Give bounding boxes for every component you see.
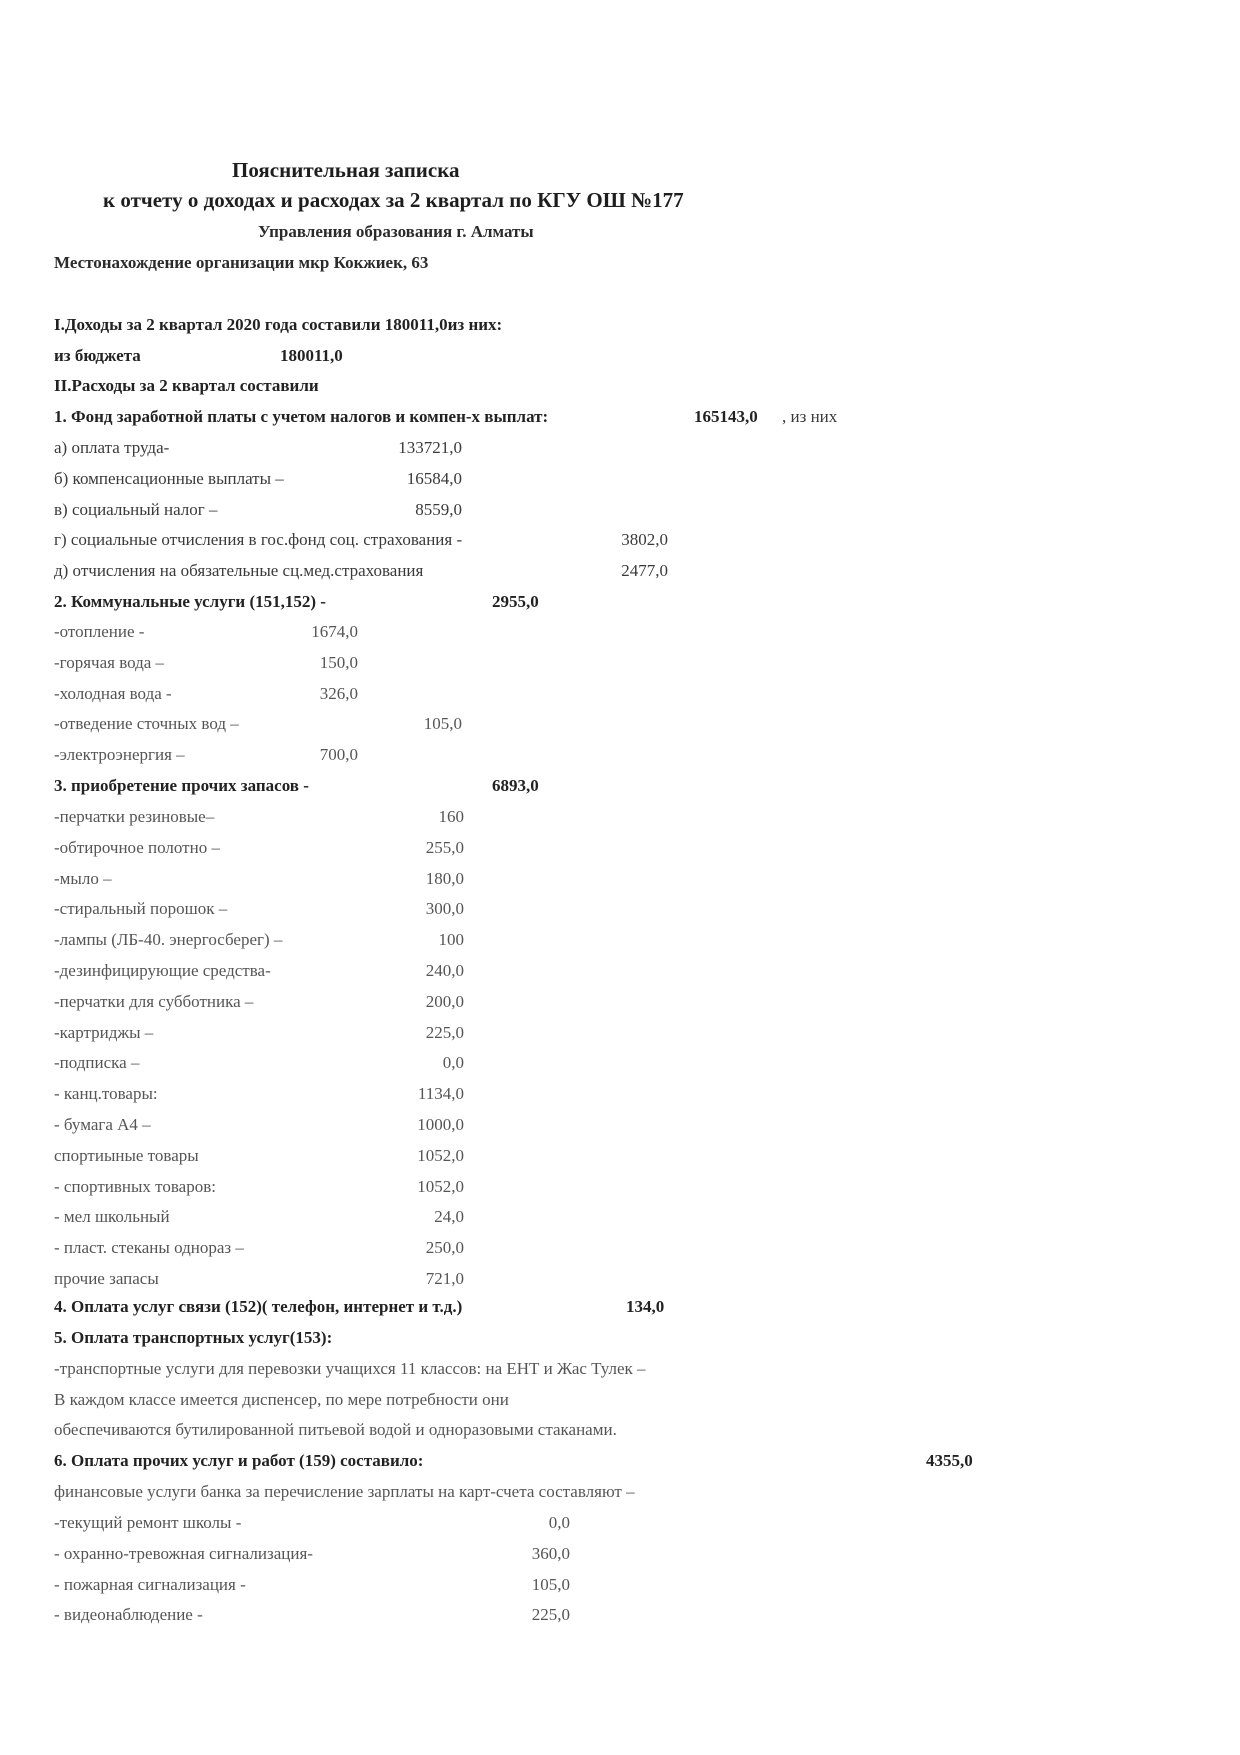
supply-item-value: 0,0 <box>443 1053 464 1073</box>
utility-item-label: -электроэнергия – <box>54 745 185 765</box>
supply-item-value: 200,0 <box>426 992 464 1012</box>
supply-item-label: -мыло – <box>54 869 112 889</box>
expenses-heading: II.Расходы за 2 квартал составили <box>54 376 319 396</box>
other-service-item-value: 225,0 <box>532 1605 570 1625</box>
utility-item-label: -отопление - <box>54 622 144 642</box>
document-subtitle: к отчету о доходах и расходах за 2 кварт… <box>103 188 684 213</box>
budget-value: 180011,0 <box>280 346 343 366</box>
utility-item-value: 105,0 <box>424 714 462 734</box>
supply-item-value: 1052,0 <box>417 1146 464 1166</box>
supplies-label: 3. приобретение прочих запасов - <box>54 776 309 796</box>
supply-item-value: 300,0 <box>426 899 464 919</box>
payroll-item-value: 133721,0 <box>398 438 462 458</box>
supply-item-label: прочие запасы <box>54 1269 159 1289</box>
department-line: Управления образования г. Алматы <box>258 222 534 242</box>
payroll-suffix: , из них <box>782 407 837 427</box>
utility-item-value: 326,0 <box>320 684 358 704</box>
supply-item-value: 250,0 <box>426 1238 464 1258</box>
other-service-item-value: 360,0 <box>532 1544 570 1564</box>
supply-item-value: 160 <box>439 807 465 827</box>
payroll-item-label: г) социальные отчисления в гос.фонд соц.… <box>54 530 462 550</box>
utilities-total: 2955,0 <box>492 592 539 612</box>
supply-item-label: -картриджы – <box>54 1023 153 1043</box>
supply-item-value: 255,0 <box>426 838 464 858</box>
other-service-item-label: - видеонаблюдение - <box>54 1605 203 1625</box>
supply-item-value: 24,0 <box>434 1207 464 1227</box>
payroll-item-value: 16584,0 <box>407 469 462 489</box>
supply-item-value: 721,0 <box>426 1269 464 1289</box>
supply-item-label: -перчатки резиновые– <box>54 807 214 827</box>
supply-item-label: -лампы (ЛБ-40. энергосберег) – <box>54 930 282 950</box>
supply-item-value: 225,0 <box>426 1023 464 1043</box>
supply-item-label: -перчатки для субботника – <box>54 992 253 1012</box>
supply-item-value: 100 <box>439 930 465 950</box>
supply-item-label: - пласт. стеканы однораз – <box>54 1238 244 1258</box>
transport-line-2: В каждом классе имеется диспенсер, по ме… <box>54 1390 509 1410</box>
utility-item-label: -холодная вода - <box>54 684 172 704</box>
budget-label: из бюджета <box>54 346 141 366</box>
transport-line-3: обеспечиваются бутилированной питьевой в… <box>54 1420 617 1440</box>
other-services-label: 6. Оплата прочих услуг и работ (159) сос… <box>54 1451 423 1471</box>
supply-item-value: 180,0 <box>426 869 464 889</box>
supply-item-value: 1134,0 <box>418 1084 464 1104</box>
document-title: Пояснительная записка <box>232 158 460 183</box>
payroll-item-label: д) отчисления на обязательные сц.мед.стр… <box>54 561 423 581</box>
other-service-item-value: 105,0 <box>532 1575 570 1595</box>
communication-label: 4. Оплата услуг связи (152)( телефон, ин… <box>54 1297 462 1317</box>
payroll-item-value: 8559,0 <box>415 500 462 520</box>
supply-item-label: -стиральный порошок – <box>54 899 227 919</box>
other-services-note: финансовые услуги банка за перечисление … <box>54 1482 635 1502</box>
income-heading: I.Доходы за 2 квартал 2020 года составил… <box>54 315 502 335</box>
utility-item-value: 150,0 <box>320 653 358 673</box>
supplies-total: 6893,0 <box>492 776 539 796</box>
supply-item-label: - спортивных товаров: <box>54 1177 216 1197</box>
supply-item-value: 240,0 <box>426 961 464 981</box>
payroll-item-label: а) оплата труда- <box>54 438 169 458</box>
payroll-item-value: 2477,0 <box>621 561 668 581</box>
location-line: Местонахождение организации мкр Кокжиек,… <box>54 253 428 273</box>
utility-item-label: -отведение сточных вод – <box>54 714 239 734</box>
supply-item-value: 1000,0 <box>417 1115 464 1135</box>
payroll-item-value: 3802,0 <box>621 530 668 550</box>
other-service-item-label: - охранно-тревожная сигнализация- <box>54 1544 313 1564</box>
utility-item-value: 1674,0 <box>311 622 358 642</box>
other-service-item-label: - пожарная сигнализация - <box>54 1575 246 1595</box>
utility-item-value: 700,0 <box>320 745 358 765</box>
supply-item-label: -дезинфицирующие средства- <box>54 961 271 981</box>
supply-item-value: 1052,0 <box>417 1177 464 1197</box>
other-services-total: 4355,0 <box>926 1451 973 1471</box>
payroll-item-label: в) социальный налог – <box>54 500 217 520</box>
utility-item-label: -горячая вода – <box>54 653 164 673</box>
supply-item-label: -подписка – <box>54 1053 139 1073</box>
utilities-label: 2. Коммунальные услуги (151,152) - <box>54 592 326 612</box>
payroll-item-label: б) компенсационные выплаты – <box>54 469 284 489</box>
supply-item-label: - канц.товары: <box>54 1084 158 1104</box>
other-service-item-label: -текущий ремонт школы - <box>54 1513 241 1533</box>
payroll-label: 1. Фонд заработной платы с учетом налого… <box>54 407 548 427</box>
transport-label: 5. Оплата транспортных услуг(153): <box>54 1328 332 1348</box>
supply-item-label: - бумага А4 – <box>54 1115 151 1135</box>
supply-item-label: - мел школьный <box>54 1207 170 1227</box>
transport-line-1: -транспортные услуги для перевозки учащи… <box>54 1359 646 1379</box>
supply-item-label: спортиыные товары <box>54 1146 199 1166</box>
supply-item-label: -обтирочное полотно – <box>54 838 220 858</box>
communication-total: 134,0 <box>626 1297 664 1317</box>
other-service-item-value: 0,0 <box>549 1513 570 1533</box>
payroll-total: 165143,0 <box>694 407 758 427</box>
